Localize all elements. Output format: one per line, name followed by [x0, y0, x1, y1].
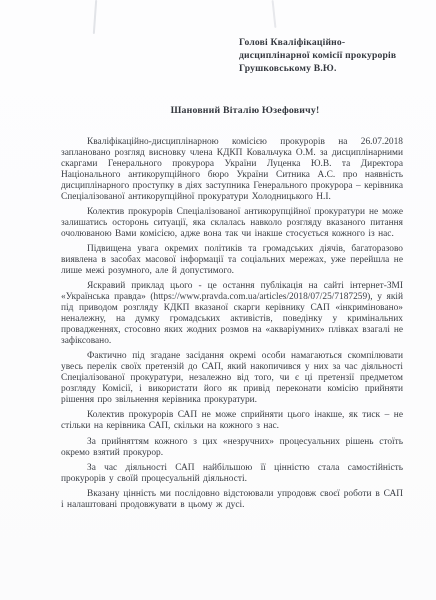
letter-content: Голові Кваліфікаційно- дисциплінарної ко…	[0, 0, 436, 600]
paragraph-7: За прийняттям кожного з цих «незручних» …	[61, 437, 403, 459]
recipient-block: Голові Кваліфікаційно- дисциплінарної ко…	[239, 36, 403, 75]
salutation: Шановний Віталію Юзефовичу!	[61, 105, 403, 116]
paragraph-4: Яскравий приклад цього - це остання публ…	[61, 281, 403, 346]
scanned-letter-page: Голові Кваліфікаційно- дисциплінарної ко…	[0, 0, 436, 600]
paragraph-5: Фактично під згадане засідання окремі ос…	[61, 351, 403, 406]
letter-body: Кваліфікаційно-дисциплінарною комісією п…	[61, 137, 403, 511]
paragraph-8: За час діяльності САП найбільшою її цінн…	[61, 463, 403, 485]
paragraph-1: Кваліфікаційно-дисциплінарною комісією п…	[61, 137, 403, 202]
paragraph-9: Вказану цінність ми послідовно відстоюва…	[61, 489, 403, 511]
paragraph-3: Підвищена увага окремих політиків та гро…	[61, 244, 403, 277]
recipient-line-3: Грушковському В.Ю.	[239, 62, 403, 75]
paragraph-6: Колектив прокурорів САП не може сприйнят…	[61, 410, 403, 432]
paragraph-2: Колектив прокурорів Спеціалізованої анти…	[61, 207, 403, 240]
recipient-line-2: дисциплінарної комісії прокурорів	[239, 49, 403, 62]
recipient-line-1: Голові Кваліфікаційно-	[239, 36, 403, 49]
